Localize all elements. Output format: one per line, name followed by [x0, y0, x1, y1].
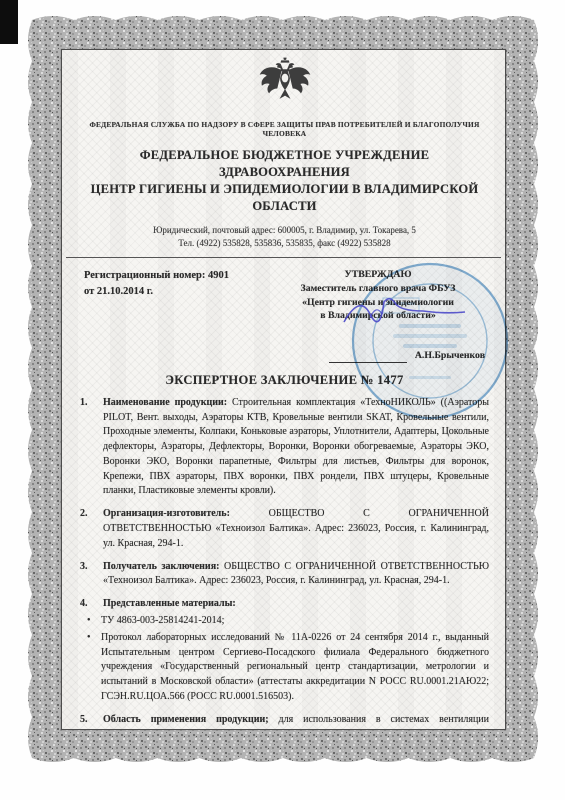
registration-block: Регистрационный номер: 4901 от 21.10.201… [80, 268, 229, 363]
bullet-text: ТУ 4863-003-25814241-2014; [101, 614, 489, 629]
approver-title-line3: в Владимирской области» [267, 309, 489, 323]
separator-line [66, 257, 501, 258]
scan-edge-artifact [0, 0, 18, 44]
item-label: Наименование продукции: [103, 397, 227, 408]
bullet-icon: • [87, 631, 101, 705]
list-item-4: 4. Представленные материалы: •ТУ 4863-00… [80, 597, 489, 705]
agency-name: ФЕДЕРАЛЬНАЯ СЛУЖБА ПО НАДЗОРУ В СФЕРЕ ЗА… [80, 120, 489, 138]
numbered-list: 1. Наименование продукции: Строительная … [80, 396, 489, 729]
bullet-text: Протокол лабораторных исследований № 11А… [101, 631, 489, 705]
coat-of-arms-icon [80, 56, 489, 116]
list-item-5: 5. Область применения продукции; для исп… [80, 713, 489, 729]
approval-block: УТВЕРЖДАЮ Заместитель главного врача ФБУ… [267, 268, 489, 363]
item-label: Область применения продукции; [103, 714, 269, 725]
institution-phone: Тел. (4922) 535828, 535836, 535835, факс… [80, 237, 489, 250]
item-number: 3. [80, 560, 103, 590]
institution-contacts: Юридический, почтовый адрес: 600005, г. … [80, 224, 489, 249]
bullet-icon: • [87, 614, 101, 629]
institution-address: Юридический, почтовый адрес: 600005, г. … [80, 224, 489, 237]
approver-title-line1: Заместитель главного врача ФБУЗ [267, 282, 489, 296]
bullet-item: •Протокол лабораторных исследований № 11… [103, 631, 489, 705]
list-item-3: 3. Получатель заключения: ОБЩЕСТВО С ОГР… [80, 560, 489, 590]
approver-title-line2: «Центр гигиены и эпидемиологии [267, 296, 489, 310]
bullet-item: •ТУ 4863-003-25814241-2014; [103, 614, 489, 629]
registration-approval-row: Регистрационный номер: 4901 от 21.10.201… [80, 268, 489, 363]
institution-line2: ЦЕНТР ГИГИЕНЫ И ЭПИДЕМИОЛОГИИ В ВЛАДИМИР… [80, 181, 489, 215]
institution-line1: ФЕДЕРАЛЬНОЕ БЮДЖЕТНОЕ УЧРЕЖДЕНИЕ ЗДРАВОО… [80, 147, 489, 181]
approver-name: А.Н.Брыченков [415, 349, 485, 363]
scanned-certificate-page: ФЕДЕРАЛЬНАЯ СЛУЖБА ПО НАДЗОРУ В СФЕРЕ ЗА… [0, 0, 565, 800]
list-item-2: 2. Организация-изготовитель: ОБЩЕСТВО С … [80, 507, 489, 551]
institution-name: ФЕДЕРАЛЬНОЕ БЮДЖЕТНОЕ УЧРЕЖДЕНИЕ ЗДРАВОО… [80, 147, 489, 215]
signature-row: А.Н.Брыченков [267, 349, 489, 363]
document-content: ФЕДЕРАЛЬНАЯ СЛУЖБА ПО НАДЗОРУ В СФЕРЕ ЗА… [62, 50, 505, 729]
signature-line [329, 352, 407, 363]
list-item-1: 1. Наименование продукции: Строительная … [80, 396, 489, 500]
registration-date: от 21.10.2014 г. [84, 284, 229, 300]
item-number: 5. [80, 713, 103, 729]
item-number: 1. [80, 396, 103, 500]
item-label: Организация-изготовитель: [103, 508, 230, 519]
item-label: Представленные материалы: [103, 598, 236, 609]
registration-number: Регистрационный номер: 4901 [84, 268, 229, 284]
item-number: 2. [80, 507, 103, 551]
document-title: ЭКСПЕРТНОЕ ЗАКЛЮЧЕНИЕ № 1477 [80, 373, 489, 388]
approve-label: УТВЕРЖДАЮ [267, 268, 489, 282]
item-text: Строительная комплектация «ТехноНИКОЛЬ» … [103, 397, 489, 497]
item-label: Получатель заключения: [103, 561, 219, 572]
